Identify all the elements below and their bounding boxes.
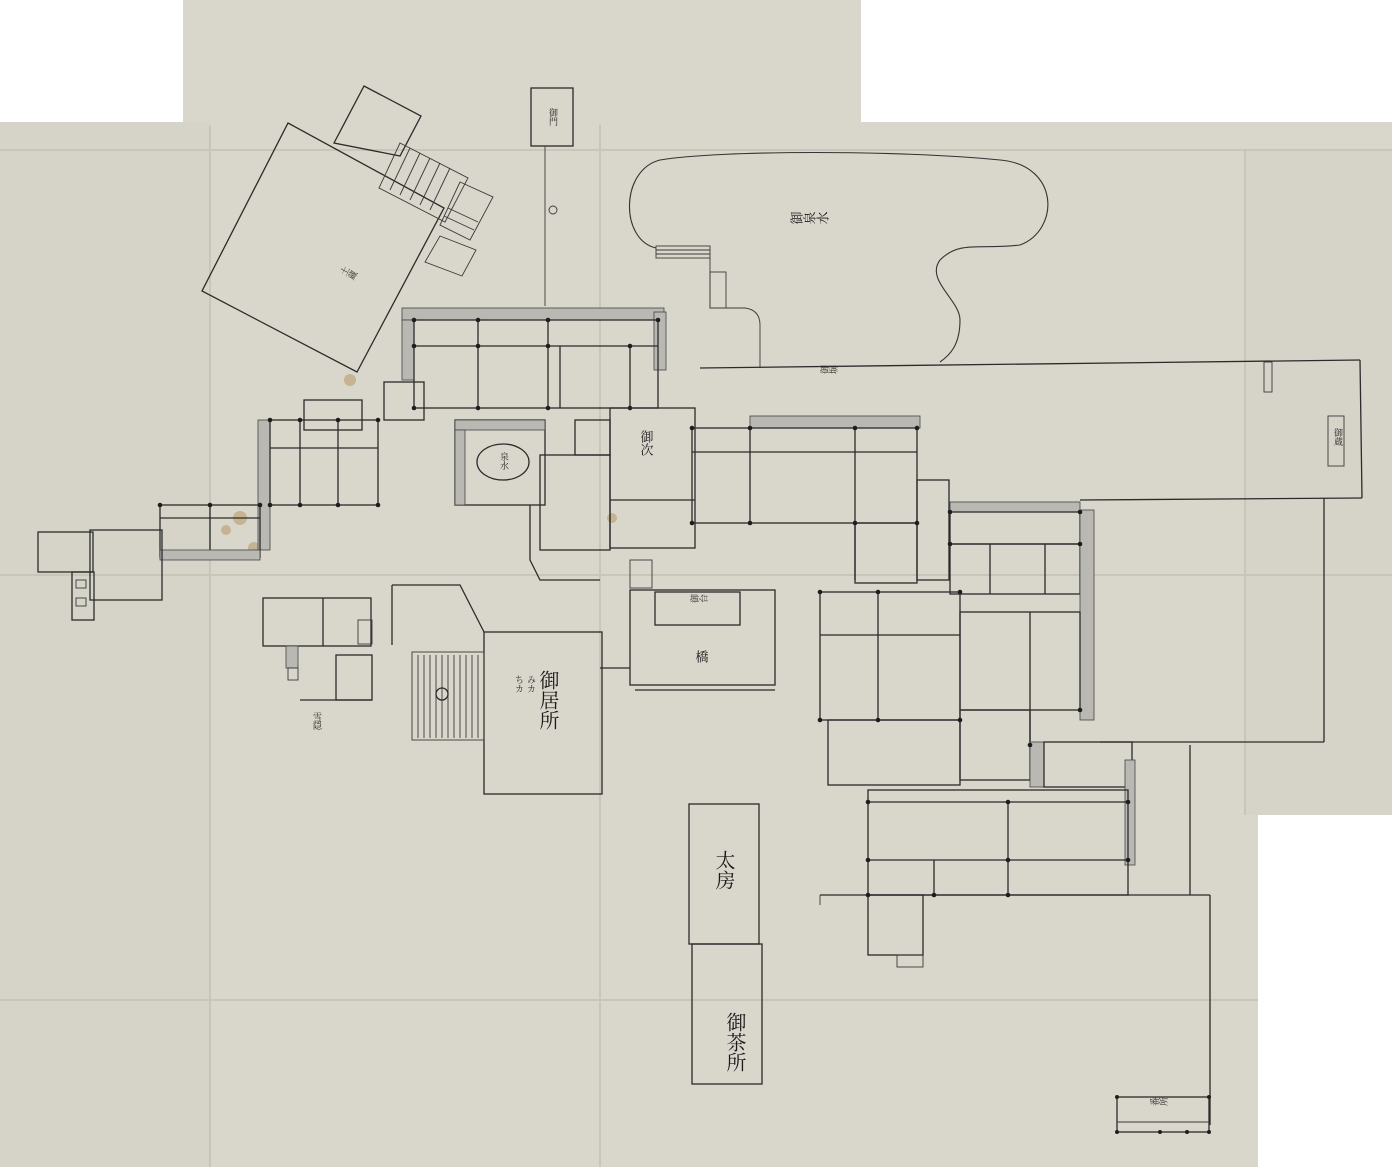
paper-sheets [0,0,1392,1167]
living-room-sub1: みカ [525,675,536,693]
floor-plan-drawing: 土蔵 御門 御泉水 御蔵 御塀 [0,0,1392,1167]
north-gate-label: 御門 [547,107,558,126]
living-room-label: 御居所 [536,670,560,730]
living-room-sub2: ちカ [513,675,523,693]
kitchen-label: 太房 [712,850,736,890]
pond-label: 泉水 [498,451,509,470]
tea-room-label: 御茶所 [723,1012,747,1072]
main-hall-label: 御次 [638,430,654,456]
guard-box-label: 番所 [1149,1098,1169,1109]
south-room-label: 橋 [693,649,709,663]
lower-left-note: 雪隠 [311,712,322,731]
garden-pond-label: 御泉水 [790,212,829,228]
east-annex-label: 御蔵 [1332,427,1343,447]
fence-note: 御塀 [819,366,839,377]
south-room-small-label: 御台 [689,595,709,606]
